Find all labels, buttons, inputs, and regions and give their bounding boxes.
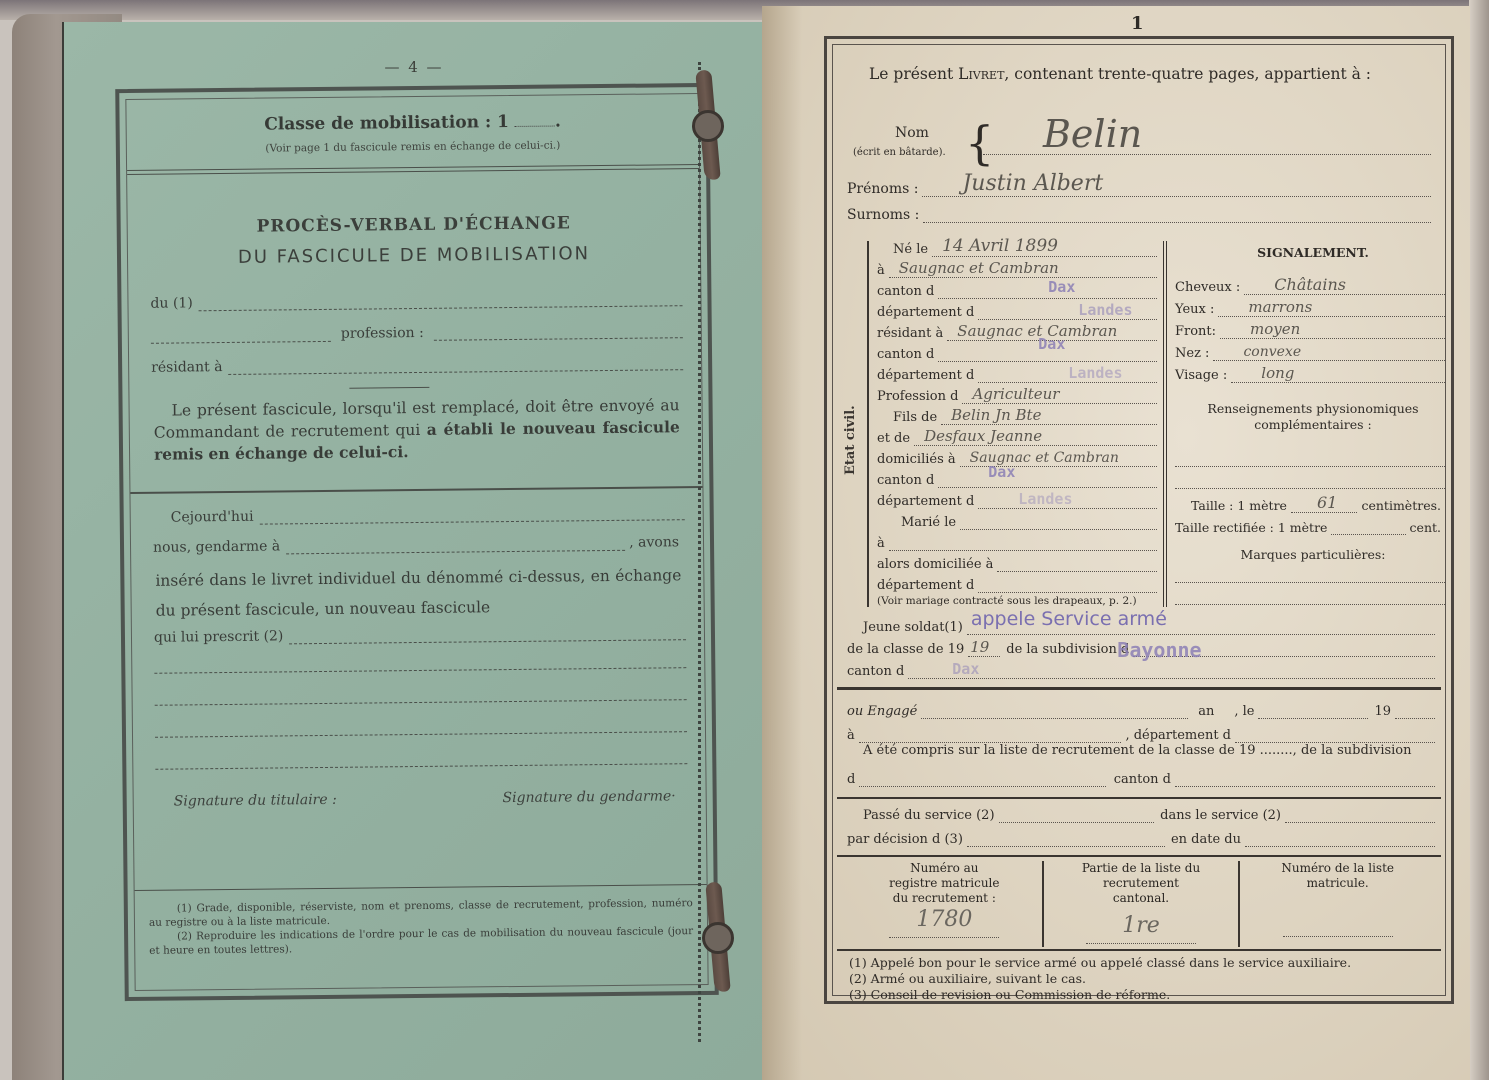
signalement-row: Front:moyen	[1175, 323, 1445, 339]
decision-field[interactable]	[967, 831, 1165, 847]
renseignements-line	[1175, 451, 1445, 467]
divider	[837, 797, 1441, 799]
etat-civil-field[interactable]: Saugnac et Cambran	[889, 262, 1157, 278]
etat-civil-row: àSaugnac et Cambran	[877, 262, 1157, 278]
du-field[interactable]	[199, 294, 683, 311]
signature-gendarme-label: Signature du gendarme·	[502, 788, 675, 806]
residant-field[interactable]	[229, 358, 684, 375]
eyelet-icon	[692, 110, 724, 142]
footnote-2: (2) Armé ou auxiliaire, suivant le cas.	[849, 971, 1435, 987]
etat-civil-field[interactable]: Agriculteur	[962, 388, 1157, 404]
signalement-row: Nez :convexe	[1175, 345, 1445, 361]
insertion-paragraph: inséré dans le livret individuel du déno…	[155, 560, 682, 626]
etat-civil-row: Né le14 Avril 1899	[877, 241, 1157, 257]
gutter-shadow	[762, 6, 802, 1080]
renseignements-line	[1175, 473, 1445, 489]
nom-row: Belin	[983, 139, 1431, 155]
etat-civil-row: département dLandes	[877, 493, 1157, 509]
extra-line-field[interactable]	[155, 752, 687, 770]
engage-lieu-row: à , département d	[847, 727, 1435, 743]
divider	[837, 855, 1441, 857]
leather-fastener-top	[696, 70, 720, 180]
etat-civil-row: département d	[877, 577, 1157, 593]
marques-field[interactable]	[1175, 567, 1445, 583]
classe-row: de la classe de 19 19 de la subdivision …	[847, 641, 1435, 657]
engage-year-field[interactable]	[1395, 703, 1435, 719]
etat-civil-row: canton dDax	[877, 283, 1157, 299]
etat-civil-field[interactable]: Desfaux Jeanne	[914, 430, 1157, 446]
left-page-fascicule: — 4 — Classe de mobilisation : 1. (Voir …	[62, 22, 762, 1080]
etat-civil-field[interactable]: Landes	[978, 367, 1157, 383]
extra-line-field[interactable]	[155, 720, 687, 738]
voir-page-note: (Voir page 1 du fascicule remis en échan…	[127, 138, 699, 156]
eyelet-icon	[702, 922, 734, 954]
prenoms-row: Prénoms : Justin Albert	[847, 181, 1431, 197]
cejourdhui-row: Cejourd'hui	[153, 504, 685, 526]
etat-civil-field[interactable]: Landes	[978, 304, 1157, 320]
prenoms-field[interactable]: Justin Albert	[922, 181, 1431, 197]
gendarme-row: nous, gendarme à , avons	[153, 534, 685, 556]
front-field[interactable]: moyen	[1220, 323, 1445, 339]
fascicule-subtitle: DU FASCICULE DE MOBILISATION	[128, 242, 700, 269]
signature-titulaire-label: Signature du titulaire :	[174, 792, 337, 810]
etat-civil-field[interactable]	[889, 535, 1157, 551]
etat-civil-section: Né le14 Avril 1899 àSaugnac et Cambran c…	[867, 241, 1167, 607]
etat-civil-row: Profession dAgriculteur	[877, 388, 1157, 404]
renseignements-field[interactable]	[1175, 473, 1445, 489]
signalement-title: SIGNALEMENT.	[1175, 245, 1451, 260]
signatures-row: Signature du titulaire : Signature du ge…	[174, 788, 676, 809]
cheveux-field[interactable]: Châtains	[1244, 279, 1445, 295]
etat-civil-row: département dLandes	[877, 304, 1157, 320]
etat-civil-row: canton dDax	[877, 346, 1157, 362]
compris-text: A été compris sur la liste de recrutemen…	[863, 743, 1412, 758]
page-number-left: — 4 —	[354, 58, 474, 76]
nom-sublabel: (écrit en bâtarde).	[853, 147, 946, 158]
profession-field-row: profession :	[151, 322, 683, 344]
etat-civil-field[interactable]: 14 Avril 1899	[932, 241, 1157, 257]
taille-rectifiee-row: Taille rectifiée : 1 mètre cent.	[1175, 519, 1445, 535]
extra-line-field[interactable]	[155, 688, 687, 706]
extra-line	[154, 656, 686, 674]
canton-row: canton d Dax	[847, 663, 1435, 679]
page-number-right: 1	[1123, 13, 1152, 34]
etat-civil-field[interactable]	[960, 514, 1157, 530]
livret-intro: Le présent Livret, contenant trente-quat…	[847, 63, 1431, 85]
divider	[127, 164, 699, 175]
etat-civil-field[interactable]	[997, 556, 1157, 572]
book-cover-right-edge	[1469, 0, 1489, 1080]
etat-civil-row: département dLandes	[877, 367, 1157, 383]
partie-liste-field[interactable]: 1re	[1086, 918, 1196, 944]
etat-civil-field[interactable]	[978, 577, 1157, 593]
engage-lieu-field[interactable]	[859, 727, 1122, 743]
divider	[135, 884, 707, 891]
footnote-3: (3) Conseil de revision ou Commission de…	[849, 987, 1435, 1003]
right-page-livret: 1 Le présent Livret, contenant trente-qu…	[762, 6, 1470, 1080]
etat-civil-row: résidant àSaugnac et Cambran	[877, 325, 1157, 341]
classe-mobilisation: Classe de mobilisation : 1.	[127, 110, 699, 136]
yeux-field[interactable]: marrons	[1218, 301, 1445, 317]
etat-civil-field[interactable]: Landes	[978, 493, 1157, 509]
du-field-row: du (1)	[150, 290, 682, 312]
classe-year-field[interactable]: 19	[968, 641, 1000, 657]
etat-civil-field[interactable]: Dax	[938, 283, 1157, 299]
decision-date-field[interactable]	[1245, 831, 1435, 847]
marques-field[interactable]	[1175, 589, 1445, 605]
canton-field[interactable]: Dax	[908, 663, 1435, 679]
etat-civil-row: alors domiciliée à	[877, 556, 1157, 572]
table-col-numero: Numéro de la liste matricule.	[1238, 861, 1435, 947]
signalement-row: Yeux :marrons	[1175, 301, 1445, 317]
extra-line	[155, 752, 687, 770]
compris-lieu-row: d canton d	[847, 771, 1435, 787]
divider	[837, 687, 1441, 690]
extra-line	[155, 720, 687, 738]
taille-row: Taille : 1 mètre 61 centimètres.	[1191, 497, 1445, 513]
engage-date-field[interactable]	[1258, 703, 1368, 719]
proces-verbal-title: PROCÈS-VERBAL D'ÉCHANGE	[128, 212, 700, 238]
footnote-2: (2) Reproduire les indications de l'ordr…	[149, 924, 693, 958]
compris-subdivision-field[interactable]	[859, 771, 1105, 787]
etat-civil-row: à	[877, 535, 1157, 551]
signalement-row: Cheveux :Châtains	[1175, 279, 1445, 295]
cejourdhui-field[interactable]	[259, 508, 684, 524]
visage-field[interactable]: long	[1231, 367, 1445, 383]
table-col-registre: Numéro au registre matricule du recrutem…	[847, 861, 1042, 947]
mariage-note: (Voir mariage contracté sous les drapeau…	[877, 595, 1137, 607]
footnote-1: (1) Appelé bon pour le service armé ou a…	[849, 955, 1435, 971]
compris-canton-field[interactable]	[1175, 771, 1435, 787]
passe-row: Passé du service (2) dans le service (2)	[863, 807, 1435, 823]
renseignements-label: Renseignements physionomiques complément…	[1175, 401, 1451, 433]
surnoms-row: Surnoms :	[847, 207, 1431, 223]
left-page-frame: Classe de mobilisation : 1. (Voir page 1…	[115, 83, 719, 1001]
remplacement-paragraph: Le présent fascicule, lorsqu'il est remp…	[153, 394, 680, 466]
dans-service-field[interactable]	[1285, 807, 1435, 823]
numero-liste-field[interactable]	[1283, 911, 1393, 937]
left-footnotes: (1) Grade, disponible, réserviste, nom e…	[149, 896, 694, 958]
residant-field-row: résidant à	[151, 354, 683, 376]
nom-label: Nom	[895, 125, 929, 141]
table-col-partie: Partie de la liste du recrutement canton…	[1042, 861, 1239, 947]
signalement-section: SIGNALEMENT. Cheveux :Châtains Yeux :mar…	[1175, 241, 1451, 611]
leather-fastener-bottom	[706, 882, 730, 992]
matricule-table: Numéro au registre matricule du recrutem…	[847, 861, 1435, 947]
taille-rectifiee-field[interactable]	[1331, 519, 1405, 535]
right-page-frame: 1 Le présent Livret, contenant trente-qu…	[824, 36, 1454, 1004]
engage-row: ou Engagé an , le 19	[847, 703, 1435, 719]
decision-row: par décision d (3) en date du	[847, 831, 1435, 847]
short-divider	[349, 387, 429, 389]
profession-field[interactable]	[434, 326, 683, 341]
nom-field[interactable]: Belin	[983, 139, 1431, 155]
surnoms-field[interactable]	[923, 207, 1431, 223]
right-footnotes: (1) Appelé bon pour le service armé ou a…	[849, 955, 1435, 1003]
etat-civil-row: Fils deBelin Jn Bte	[877, 409, 1157, 425]
etat-civil-row: domiciliés àSaugnac et Cambran	[877, 451, 1157, 467]
prescrit-row: qui lui prescrit (2)	[154, 624, 686, 646]
engage-departement-field[interactable]	[1235, 727, 1435, 743]
prescrit-field[interactable]	[289, 628, 686, 644]
taille-field[interactable]: 61	[1291, 497, 1358, 513]
classe-mobilisation-field[interactable]	[515, 126, 555, 127]
extra-line-field[interactable]	[154, 656, 686, 674]
passe-service-field[interactable]	[999, 807, 1155, 823]
signalement-row: Visage :long	[1175, 367, 1445, 383]
extra-line	[155, 688, 687, 706]
divider	[837, 949, 1441, 951]
registre-matricule-field[interactable]: 1780	[889, 912, 999, 938]
engage-field[interactable]	[921, 703, 1188, 719]
jeune-soldat-row: Jeune soldat(1) appele Service armé	[847, 619, 1435, 635]
perforation-line	[698, 62, 701, 1042]
etat-civil-field[interactable]: Belin Jn Bte	[941, 409, 1157, 425]
etat-civil-row: et deDesfaux Jeanne	[877, 430, 1157, 446]
etat-civil-row: canton dDax	[877, 472, 1157, 488]
jeune-soldat-field[interactable]: appele Service armé	[967, 619, 1435, 635]
gendarme-field[interactable]	[286, 539, 625, 555]
marques-label: Marques particulières:	[1175, 547, 1451, 562]
etat-civil-field[interactable]: Dax	[938, 472, 1157, 488]
nez-field[interactable]: convexe	[1213, 345, 1445, 361]
etat-civil-row: Marié le	[877, 514, 1157, 530]
marques-line	[1175, 567, 1445, 583]
etat-civil-field[interactable]: Dax	[938, 346, 1157, 362]
divider	[130, 486, 702, 494]
marques-line	[1175, 589, 1445, 605]
etat-civil-label: Etat civil.	[843, 405, 858, 475]
renseignements-field[interactable]	[1175, 451, 1445, 467]
subdivision-field[interactable]: Bayonne	[1133, 641, 1435, 657]
